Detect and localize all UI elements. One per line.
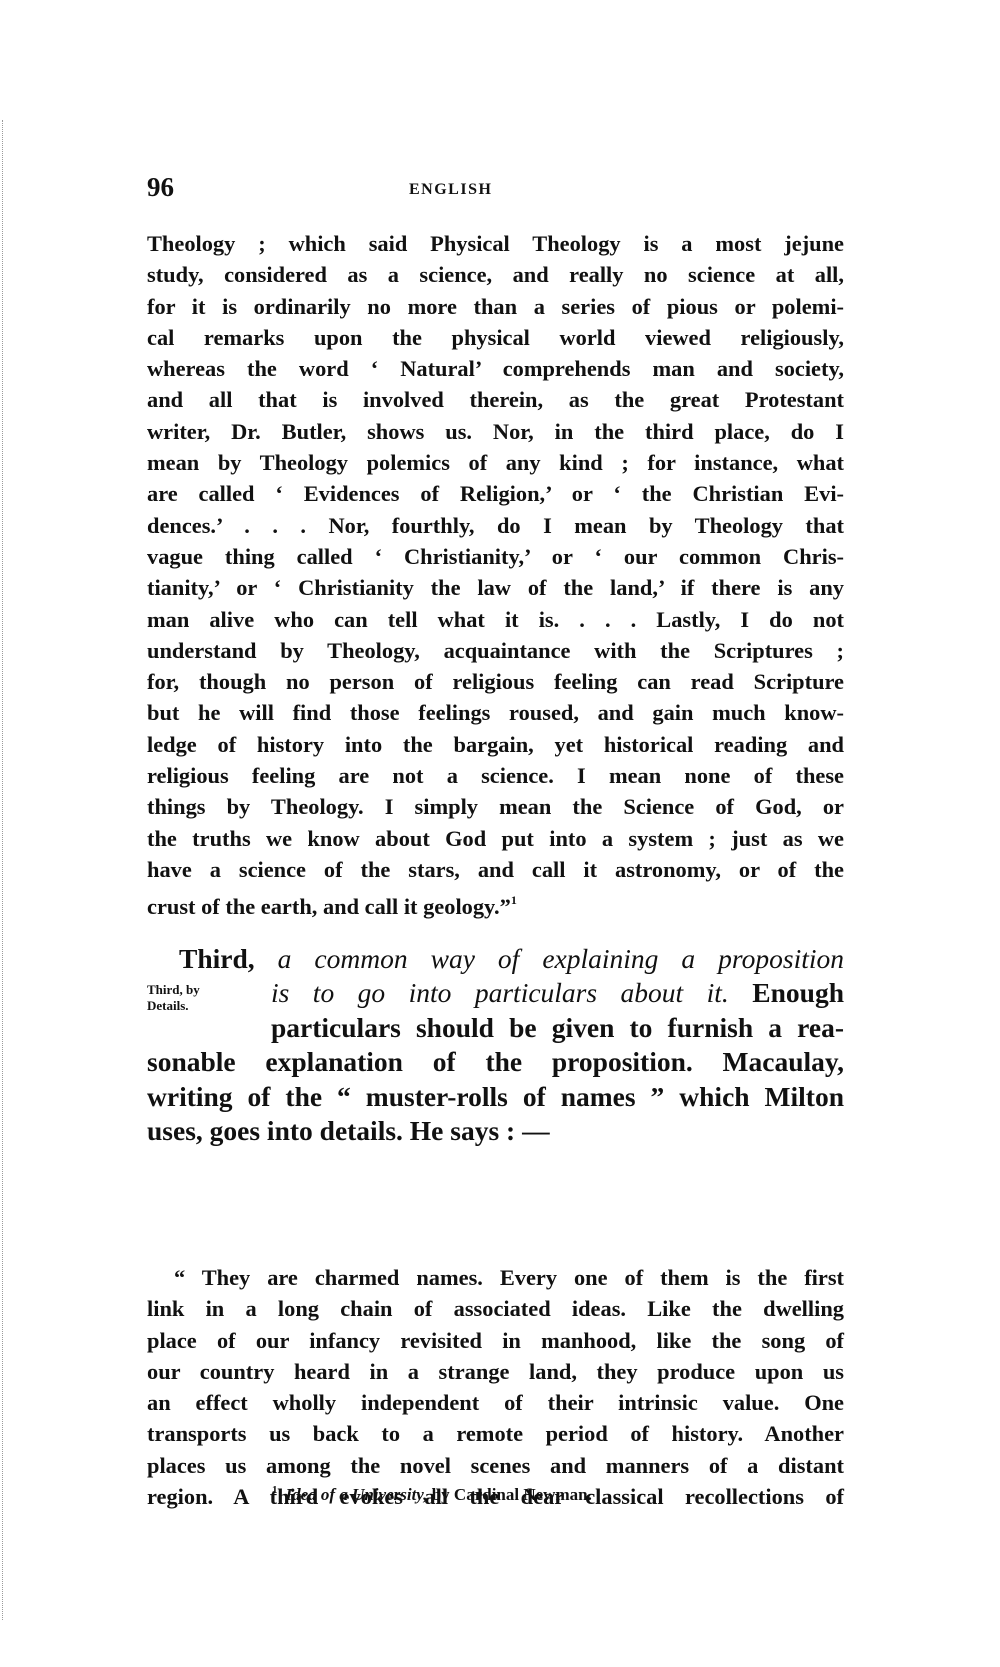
paragraph-line: particulars should be given to furnish a… bbox=[147, 1011, 844, 1045]
quote-line: “ They are charmed names. Every one of t… bbox=[147, 1262, 844, 1293]
quote-line: but he will find those feelings roused, … bbox=[147, 697, 844, 728]
quote-line: ledge of history into the bargain, yet h… bbox=[147, 729, 844, 760]
footnote-mark: 1 bbox=[272, 1484, 278, 1496]
quote-line: dences.’ . . . Nor, fourthly, do I mean … bbox=[147, 510, 844, 541]
quote-line: for, though no person of religious feeli… bbox=[147, 666, 844, 697]
footnote-reference: 1 bbox=[511, 893, 517, 907]
quote-line: places us among the novel scenes and man… bbox=[147, 1450, 844, 1481]
footnote-text: by Cardinal Newman. bbox=[427, 1485, 591, 1504]
quote-line: Theology ; which said Physical Theology … bbox=[147, 228, 844, 259]
quote-line: mean by Theology polemics of any kind ; … bbox=[147, 447, 844, 478]
quote-line: the truths we know about God put into a … bbox=[147, 823, 844, 854]
paragraph-lead: Third, bbox=[179, 943, 278, 974]
quote-line: study, considered as a science, and real… bbox=[147, 259, 844, 290]
quote-line: have a science of the stars, and call it… bbox=[147, 854, 844, 885]
paragraph-text: Enough bbox=[729, 977, 844, 1008]
quote-line: place of our infancy revisited in manhoo… bbox=[147, 1325, 844, 1356]
quote-line: an effect wholly independent of their in… bbox=[147, 1387, 844, 1418]
footnote-book-title: Idea of a University, bbox=[286, 1485, 428, 1504]
quote-line: things by Theology. I simply mean the Sc… bbox=[147, 791, 844, 822]
quote-line: understand by Theology, acquaintance wit… bbox=[147, 635, 844, 666]
quote-line: cal remarks upon the physical world view… bbox=[147, 322, 844, 353]
quote-line: transports us back to a remote period of… bbox=[147, 1418, 844, 1449]
quote-last-line: crust of the earth, and call it geology.… bbox=[147, 885, 844, 922]
paragraph-line: is to go into particulars about it. Enou… bbox=[147, 976, 844, 1010]
body-paragraph: Third, a common way of explaining a prop… bbox=[147, 942, 844, 1148]
quote-line: vague thing called ‘ Christianity,’ or ‘… bbox=[147, 541, 844, 572]
quote-line: our country heard in a strange land, the… bbox=[147, 1356, 844, 1387]
quote-line: whereas the word ‘ Natural’ comprehends … bbox=[147, 353, 844, 384]
quote-line: link in a long chain of associated ideas… bbox=[147, 1293, 844, 1324]
newman-quotation: Theology ; which said Physical Theology … bbox=[147, 228, 844, 923]
quote-line: religious feeling are not a science. I m… bbox=[147, 760, 844, 791]
quote-line-text: crust of the earth, and call it geology.… bbox=[147, 894, 511, 919]
paragraph-line: uses, goes into details. He says : — bbox=[147, 1114, 844, 1148]
paragraph-line: Third, a common way of explaining a prop… bbox=[147, 942, 844, 976]
quote-line: writer, Dr. Butler, shows us. Nor, in th… bbox=[147, 416, 844, 447]
running-head: 96 ENGLISH bbox=[147, 172, 847, 212]
paragraph-line: writing of the “ muster-rolls of names ”… bbox=[147, 1080, 844, 1114]
emphasized-text: is to go into particulars about it. bbox=[271, 977, 729, 1008]
quote-line: man alive who can tell what it is. . . .… bbox=[147, 604, 844, 635]
quote-line: for it is ordinarily no more than a seri… bbox=[147, 291, 844, 322]
quote-line: are called ‘ Evidences of Religion,’ or … bbox=[147, 478, 844, 509]
quote-line: tianity,’ or ‘ Christianity the law of t… bbox=[147, 572, 844, 603]
page-number: 96 bbox=[147, 172, 174, 203]
running-title: ENGLISH bbox=[409, 181, 492, 199]
scan-page-edge bbox=[2, 120, 4, 1620]
macaulay-quotation: “ They are charmed names. Every one of t… bbox=[147, 1262, 844, 1512]
emphasized-text: a common way of explaining a proposition bbox=[278, 943, 844, 974]
paragraph-line: sonable explanation of the proposition. … bbox=[147, 1045, 844, 1079]
quote-line: and all that is involved therein, as the… bbox=[147, 384, 844, 415]
footnote: 1Idea of a University, by Cardinal Newma… bbox=[272, 1484, 592, 1505]
